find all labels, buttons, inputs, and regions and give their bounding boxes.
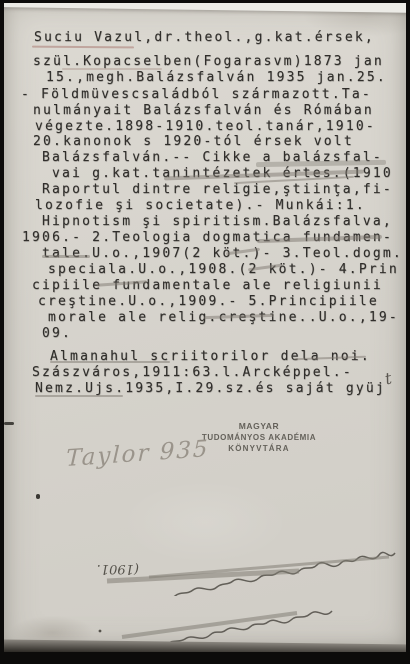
scanned-catalog-card: Suciu Vazul,dr.theol.,g.kat.érsek, szül.… [0,0,410,664]
crossed-out-handwriting-2 [92,601,342,646]
typed-line: nulmányait Balázsfalván és Rómában [33,103,374,118]
stamp-line: KÖNYVTÁRA [194,443,324,454]
typed-line: 20.kanonok s 1920-tól érsek volt [33,134,354,149]
card-paper: Suciu Vazul,dr.theol.,g.kat.érsek, szül.… [4,3,406,652]
scan-edge-top [4,3,406,13]
pencil-underline [62,68,162,70]
pencil-underline [50,361,170,363]
typed-line: Suciu Vazul,dr.theol.,g.kat.érsek, [34,30,375,45]
pencil-handwritten-note: Taylor 935 [66,436,210,472]
typed-line: - Földmüvescsaládból származott.Ta- [21,87,372,102]
typed-line: 15.,megh.Balázsfalván 1935 jan.25. [46,70,387,85]
typed-line: Hipnotism şi spiritism.Balázsfalva, [42,214,393,229]
typed-line: tale.U.o.,1907(2 köt.)- 3.Teol.dogm. [42,246,403,261]
pencil-underline [42,255,90,258]
typed-line: Raportul dintre religie,ştiinţa,fi- [42,182,393,197]
pencil-underline [35,395,123,397]
typed-line: speciala.U.o.,1908.(2 köt.)- 4.Prin [48,262,399,277]
stamp-line: MAGYAR [194,421,324,432]
edge-mark [4,422,14,425]
handwriting-legible-fragment: (1901. [97,561,139,576]
typed-line: cipiile fundamentale ale religiunii [32,278,383,293]
red-underline-name [32,46,134,49]
scan-edge-bottom [4,639,406,652]
typed-line: Nemz.Ujs.1935,I.29.sz.és saját gyüj [35,381,386,396]
typed-line: Szászváros,1911:63.l.Arcképpel.- [32,365,353,380]
ink-speck [36,494,40,499]
typed-line: szül.Kopacselben(Fogarasvm)1873 jan [33,54,384,69]
crossed-out-handwriting-1: (1901. [89,541,404,596]
typed-line: lozofie şi societate).- Munkái:1. [35,198,366,213]
library-stamp: MAGYAR TUDOMÁNYOS AKADÉMIA KÖNYVTÁRA [194,421,324,454]
typed-line: végezte.1898-1910.teol.tanár,1910- [35,119,376,134]
stamp-line: TUDOMÁNYOS AKADÉMIA [194,432,324,443]
typed-line: creştine.U.o.,1909.- 5.Principiile [38,294,379,309]
typed-line: 09. [42,326,72,341]
